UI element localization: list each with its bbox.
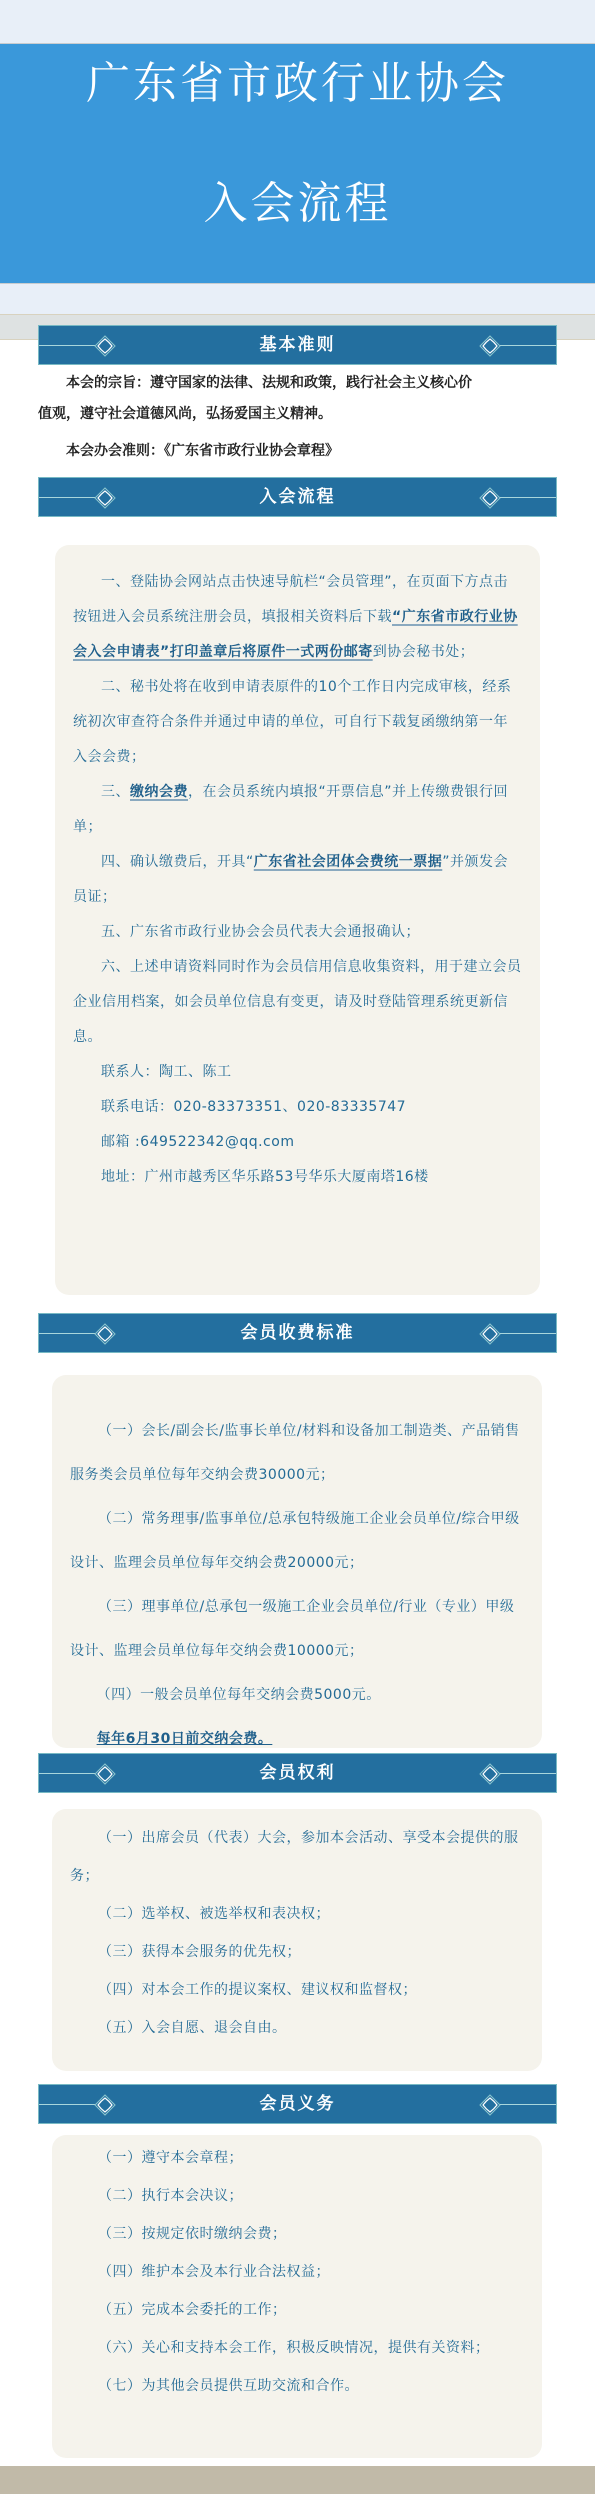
fee-item: （三）理事单位/总承包一级施工企业会员单位/行业（专业）甲级设计、监理会员单位每…: [70, 1585, 524, 1673]
duty-item: （四）维护本会及本行业合法权益；: [70, 2253, 524, 2291]
section-header-fee-standard: 会员收费标准: [38, 1313, 557, 1353]
member-rights-card: （一）出席会员（代表）大会，参加本会活动、享受本会提供的服务； （二）选举权、被…: [52, 1809, 542, 2071]
right-item: （二）选举权、被选举权和表决权；: [70, 1895, 524, 1933]
divider-line: [500, 1333, 556, 1334]
charter-text: 本会办会准则：《广东省市政行业协会章程》: [38, 434, 563, 468]
duty-item: （二）执行本会决议；: [70, 2177, 524, 2215]
fee-standard-card: （一）会长/副会长/监事长单位/材料和设备加工制造类、产品销售服务类会员单位每年…: [52, 1375, 542, 1748]
hero-banner: 广东省市政行业协会 入会流程: [0, 44, 595, 284]
step-2: 二、秘书处将在收到申请表原件的10个工作日内完成审核，经系统初次审查符合条件并通…: [73, 670, 522, 775]
right-item: （五）入会自愿、退会自由。: [70, 2009, 524, 2047]
contact-phone: 联系电话：020-83373351、020-83335747: [73, 1090, 522, 1125]
duty-item: （五）完成本会委托的工作；: [70, 2291, 524, 2329]
section-header-basic-principles: 基本准则: [38, 325, 557, 365]
section-header-member-duties: 会员义务: [38, 2084, 557, 2124]
contact-address: 地址：广州市越秀区华乐路53号华乐大厦南塔16楼: [73, 1160, 522, 1195]
divider-line: [500, 497, 556, 498]
duty-item: （一）遵守本会章程；: [70, 2139, 524, 2177]
duty-item: （七）为其他会员提供互助交流和合作。: [70, 2367, 524, 2405]
fee-item: （二）常务理事/监事单位/总承包特级施工企业会员单位/综合甲级设计、监理会员单位…: [70, 1497, 524, 1585]
duty-item: （三）按规定依时缴纳会费；: [70, 2215, 524, 2253]
purpose-line2: 值观，遵守社会道德风尚，弘扬爱国主义精神。: [38, 397, 563, 431]
duty-item: （六）关心和支持本会工作，积极反映情况，提供有关资料；: [70, 2329, 524, 2367]
step-6: 六、上述申请资料同时作为会员信用信息收集资料，用于建立会员企业信用档案，如会员单…: [73, 950, 522, 1055]
fee-item: （一）会长/副会长/监事长单位/材料和设备加工制造类、产品销售服务类会员单位每年…: [70, 1409, 524, 1497]
section-header-member-rights: 会员权利: [38, 1753, 557, 1793]
fee-item: （四）一般会员单位每年交纳会费5000元。: [70, 1673, 524, 1717]
diamond-ornament-icon: [479, 2094, 501, 2116]
top-band: [0, 0, 595, 44]
step-3: 三、缴纳会费，在会员系统内填报“开票信息”并上传缴费银行回单；: [73, 775, 522, 845]
right-item: （四）对本会工作的提议案权、建议权和监督权；: [70, 1971, 524, 2009]
hero-title-line2: 入会流程: [0, 174, 595, 234]
diamond-ornament-icon: [479, 1763, 501, 1785]
step-1: 一、登陆协会网站点击快速导航栏“会员管理”，在页面下方点击按钮进入会员系统注册会…: [73, 565, 522, 670]
pay-fee-link[interactable]: 缴纳会费: [130, 784, 188, 800]
section-header-join-process: 入会流程: [38, 477, 557, 517]
diamond-ornament-icon: [479, 1323, 501, 1345]
hero-bottom-band: [0, 284, 595, 314]
divider-line: [500, 345, 556, 346]
diamond-ornament-icon: [479, 487, 501, 509]
divider-line: [500, 1773, 556, 1774]
purpose-line1: 本会的宗旨：遵守国家的法律、法规和政策，践行社会主义核心价: [38, 366, 563, 400]
right-item: （一）出席会员（代表）大会，参加本会活动、享受本会提供的服务；: [70, 1819, 524, 1895]
member-duties-card: （一）遵守本会章程； （二）执行本会决议； （三）按规定依时缴纳会费； （四）维…: [52, 2135, 542, 2458]
step-5: 五、广东省市政行业协会会员代表大会通报确认；: [73, 915, 522, 950]
right-item: （三）获得本会服务的优先权；: [70, 1933, 524, 1971]
divider-line: [500, 2104, 556, 2105]
join-process-card: 一、登陆协会网站点击快速导航栏“会员管理”，在页面下方点击按钮进入会员系统注册会…: [55, 545, 540, 1295]
hero-title-line1: 广东省市政行业协会: [0, 54, 595, 114]
contact-email[interactable]: 邮箱 :649522342@qq.com: [73, 1125, 522, 1160]
receipt-link[interactable]: 广东省社会团体会费统一票据: [254, 854, 443, 870]
diamond-ornament-icon: [479, 335, 501, 357]
footer-band: [0, 2466, 595, 2494]
contact-person: 联系人：陶工、陈工: [73, 1055, 522, 1090]
step-4: 四、确认缴费后，开具“广东省社会团体会费统一票据”并颁发会员证；: [73, 845, 522, 915]
